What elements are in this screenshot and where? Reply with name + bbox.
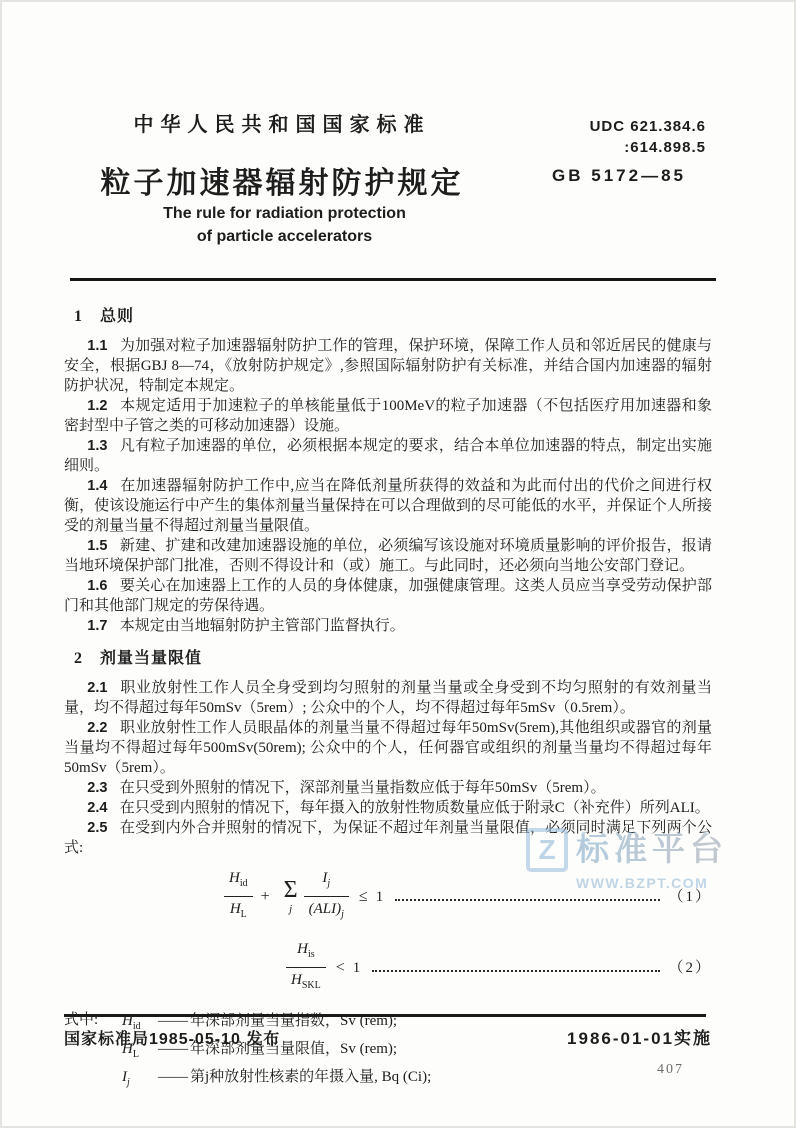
fraction-his-hskl: His HSKL [286,939,326,996]
clause-text: 为加强对粒子加速器辐射防护工作的管理，保护环境，保障工作人员和邻近居民的健康与安… [64,338,712,394]
document-body: 1 总则 1.1为加强对粒子加速器辐射防护工作的管理，保护环境，保障工作人员和邻… [2,281,794,1094]
title-en-line1: The rule for radiation protection [2,202,567,225]
para-2-4: 2.4在只受到内照射的情况下，每年摄入的放射性物质数量应低于附录C（补充件）所列… [64,798,712,818]
plus-operator: + [261,887,270,907]
title-en-line2: of particle accelerators [2,225,567,248]
clause-text: 在受到内外合并照射的情况下，为保证不超过年剂量当量限值，必须同时满足下列两个公式… [64,820,712,856]
sub-j: j [127,1077,130,1088]
section-1-heading: 1 总则 [74,307,712,327]
var-H: H [297,941,308,957]
clause-text: 凡有粒子加速器的单位，必须根据本规定的要求，结合本单位加速器的特点，制定出实施细… [64,438,712,474]
clause-number: 2.1 [87,680,107,696]
clause-text: 要关心在加速器上工作的人员的身体健康，加强健康管理。这类人员应当享受劳动保护部门… [64,578,712,614]
clause-text: 在只受到内照射的情况下，每年摄入的放射性物质数量应低于附录C（补充件）所列ALI… [120,800,710,816]
clause-text: 在只受到外照射的情况下，深部剂量当量指数应低于每年50mSv（5rem）。 [120,780,606,796]
var-ALI: (ALI) [309,901,342,917]
sub-SKL: SKL [302,980,321,991]
issue-info: 国家标准局1985-05-10 发布 [64,1026,280,1049]
clause-number: 1.5 [87,538,107,554]
sigma-icon: Σ [284,878,298,902]
fraction-ij-ali: Ij (ALI)j [304,868,349,925]
sub-is: is [308,949,315,960]
clause-number: 2.5 [87,820,107,836]
dot-leader [395,898,660,901]
para-1-4: 1.4在加速器辐射防护工作中,应当在降低剂量所获得的效益和为此而付出的代价之间进… [64,476,712,536]
para-1-6: 1.6要关心在加速器上工作的人员的身体健康，加强健康管理。这类人员应当享受劳动保… [64,576,712,616]
var-H: H [229,870,240,886]
bound-value: 1 [353,958,361,978]
clause-number: 2.4 [87,800,107,816]
formula-definitions: 式中: Hid——年深部剂量当量指数，Sv (rem); HL——年深部剂量当量… [64,1010,712,1094]
para-1-5: 1.5新建、扩建和改建加速器设施的单位，必须编写该设施对环境质量影响的评价报告，… [64,536,712,576]
para-2-3: 2.3在只受到外照射的情况下，深部剂量当量指数应低于每年50mSv（5rem）。 [64,778,712,798]
clause-text: 职业放射性工作人员全身受到均匀照射的剂量当量或全身受到不均匀照射的有效剂量当量，… [64,680,712,716]
para-1-7: 1.7本规定由当地辐射防护主管部门监督执行。 [64,616,712,636]
clause-number: 1.6 [87,578,107,594]
fraction-hid-hl: Hid HL [224,868,253,925]
page-number: 407 [657,1062,684,1078]
implementation-date: 1986-01-01实施 [567,1024,712,1049]
clause-text: 新建、扩建和改建加速器设施的单位，必须编写该设施对环境质量影响的评价报告，报请当… [64,538,712,574]
def-text: 第j种放射性核素的年摄入量, Bq (Ci); [190,1069,431,1085]
para-1-1: 1.1为加强对粒子加速器辐射防护工作的管理，保护环境，保障工作人员和邻近居民的健… [64,336,712,396]
equation-number-2: （2） [668,958,712,978]
document-footer: 国家标准局1985-05-10 发布 1986-01-01实施 [64,1024,712,1049]
section-2-heading: 2 剂量当量限值 [74,649,712,669]
sigma-index: j [289,904,292,915]
national-standard-label: 中华人民共和国国家标准 [2,108,562,137]
def-dash: —— [158,1069,188,1085]
document-header: 中华人民共和国国家标准 UDC 621.384.6 :614.898.5 粒子加… [2,106,794,278]
var-H: H [230,901,241,917]
sub-id: id [240,878,248,889]
udc-classification: UDC 621.384.6 :614.898.5 [590,116,706,158]
document-page: 中华人民共和国国家标准 UDC 621.384.6 :614.898.5 粒子加… [0,0,796,1128]
clause-number: 1.2 [87,398,107,414]
sub-L: L [241,909,247,920]
bound-value: 1 [376,887,384,907]
clause-text: 本规定适用于加速粒子的单核能量低于100MeV的粒子加速器（不包括医疗用加速器和… [64,398,712,434]
clause-text: 职业放射性工作人员眼晶体的剂量当量不得超过每年50mSv(5rem),其他组织或… [64,720,712,776]
para-1-2: 1.2本规定适用于加速粒子的单核能量低于100MeV的粒子加速器（不包括医疗用加… [64,396,712,436]
clause-text: 本规定由当地辐射防护主管部门监督执行。 [120,618,405,634]
clause-number: 1.3 [87,438,107,454]
relation-symbol: ≤ [359,887,368,907]
document-title-cn: 粒子加速器辐射防护规定 [2,158,562,202]
clause-text: 在加速器辐射防护工作中,应当在降低剂量所获得的效益和为此而付出的代价之间进行权衡… [64,478,712,534]
para-1-3: 1.3凡有粒子加速器的单位，必须根据本规定的要求，结合本单位加速器的特点，制定出… [64,436,712,476]
udc-line1: UDC 621.384.6 [590,116,706,137]
def-ij: Ij——第j种放射性核素的年摄入量, Bq (Ci); [122,1066,712,1094]
clause-number: 1.4 [87,478,107,494]
sub-j: j [327,878,330,889]
equation-number-1: （1） [668,887,712,907]
udc-line2: :614.898.5 [590,137,706,158]
footer-divider [64,1014,706,1017]
clause-number: 1.1 [87,338,107,354]
sub-L: L [133,1049,139,1060]
var-H: H [291,972,302,988]
clause-number: 2.3 [87,780,107,796]
formula-2: His HSKL < 1 （2） [64,939,712,996]
dot-leader [372,969,660,972]
clause-number: 1.7 [87,618,107,634]
formula-1: Hid HL + Σ j Ij (ALI)j ≤ 1 （1） [64,868,712,925]
para-2-5: 2.5在受到内外合并照射的情况下，为保证不超过年剂量当量限值，必须同时满足下列两… [64,818,712,858]
relation-symbol: < [336,958,345,978]
para-2-1: 2.1职业放射性工作人员全身受到均匀照射的剂量当量或全身受到不均匀照射的有效剂量… [64,678,712,718]
sub-j: j [341,909,344,920]
summation-symbol: Σ j [284,878,298,915]
para-2-2: 2.2职业放射性工作人员眼晶体的剂量当量不得超过每年50mSv(5rem),其他… [64,718,712,778]
standard-code: GB 5172—85 [552,166,686,186]
clause-number: 2.2 [87,720,107,736]
document-title-en: The rule for radiation protection of par… [2,202,567,248]
